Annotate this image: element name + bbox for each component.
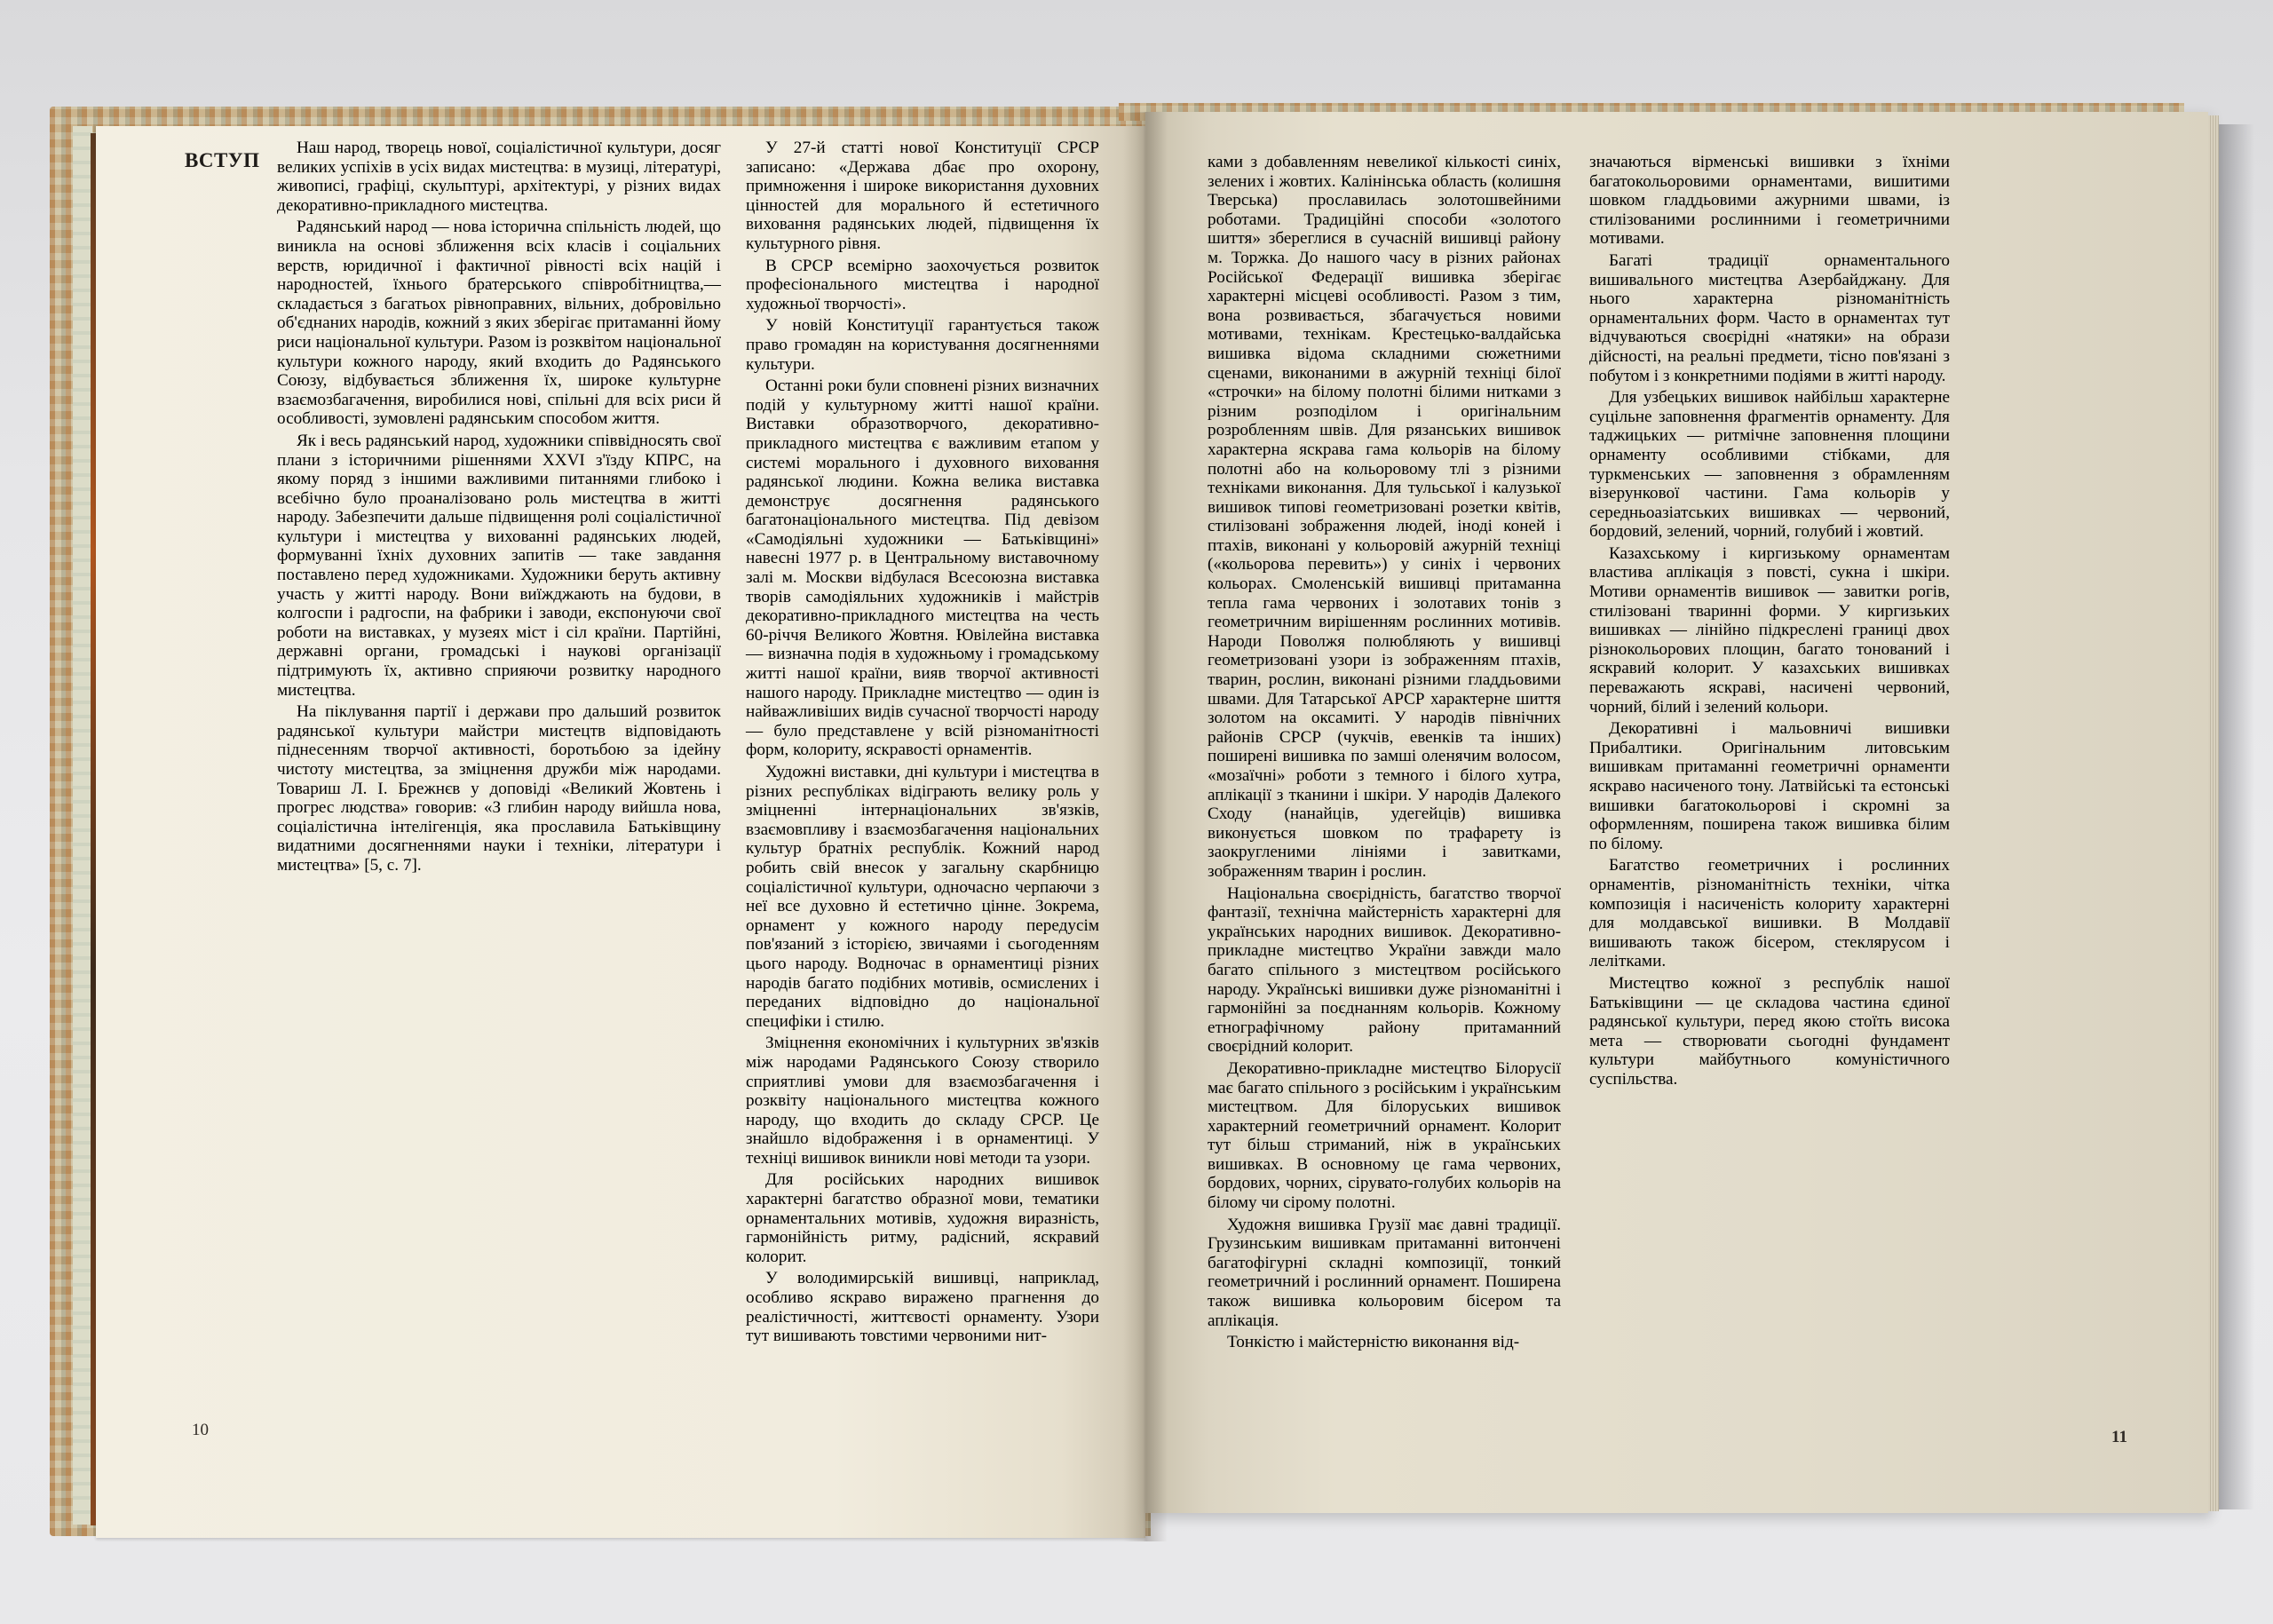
section-heading: ВСТУП [185,149,260,172]
paragraph: У володимирській вишивці, наприклад, осо… [746,1269,1099,1345]
paragraph: Для узбецьких вишивок найбільш характерн… [1589,388,1950,542]
paragraph: Казахському і киргизькому орнаментам вла… [1589,544,1950,717]
flyleaf-edge [73,126,92,1525]
text-column-2: У 27-й статті нової Конституції СРСР зап… [746,139,1099,1346]
text-column-1: Наш народ, творець нової, соціалістичної… [277,139,721,875]
book-shadow [2219,124,2254,1509]
gutter-shadow [1123,112,1168,1541]
paragraph: Декоративні і мальовничі вишивки Прибалт… [1589,719,1950,853]
page-block-edge [2208,115,2219,1511]
paragraph: Мистецтво кожної з республік нашої Батьк… [1589,974,1950,1089]
paragraph: Тонкістю і майстерністю виконання від- [1208,1333,1561,1352]
paragraph: Багатство геометричних і рослинних орнам… [1589,856,1950,971]
paragraph: В СРСР всемірно заохочується розвиток пр… [746,257,1099,314]
text-column-4: значаються вірменські вишивки з їхніми б… [1589,153,1950,1089]
paragraph: Зміцнення економічних і культурних зв'яз… [746,1034,1099,1168]
paragraph: Національна своєрідність, багатство твор… [1208,884,1561,1057]
paragraph: У новій Конституції гарантується також п… [746,316,1099,374]
paragraph: Багаті традиції орнаментального вишиваль… [1589,251,1950,385]
paragraph: Для російських народних вишивок характер… [746,1170,1099,1266]
page-number-right: 11 [2111,1428,2127,1447]
paragraph: Художні виставки, дні культури і мистецт… [746,763,1099,1031]
paragraph-continued: значаються вірменські вишивки з їхніми б… [1589,153,1950,249]
page-number-left: 10 [192,1421,209,1440]
paragraph-continued: ками з добавленням невеликої кількості с… [1208,153,1561,882]
paragraph: Радянський народ — нова історична спільн… [277,218,721,429]
paragraph: Останні роки були сповнені різних визнач… [746,376,1099,760]
paragraph: Художня вишивка Грузії має давні традиці… [1208,1216,1561,1331]
text-column-3: ками з добавленням невеликої кількості с… [1208,153,1561,1352]
paragraph: На піклування партії і держави про дальш… [277,702,721,875]
paragraph: У 27-й статті нової Конституції СРСР зап… [746,139,1099,254]
paragraph: Декоративно-прикладне мистецтво Білорусі… [1208,1059,1561,1213]
paragraph: Наш народ, творець нової, соціалістичної… [277,139,721,215]
paragraph: Як і весь радянський народ, художники сп… [277,432,721,700]
